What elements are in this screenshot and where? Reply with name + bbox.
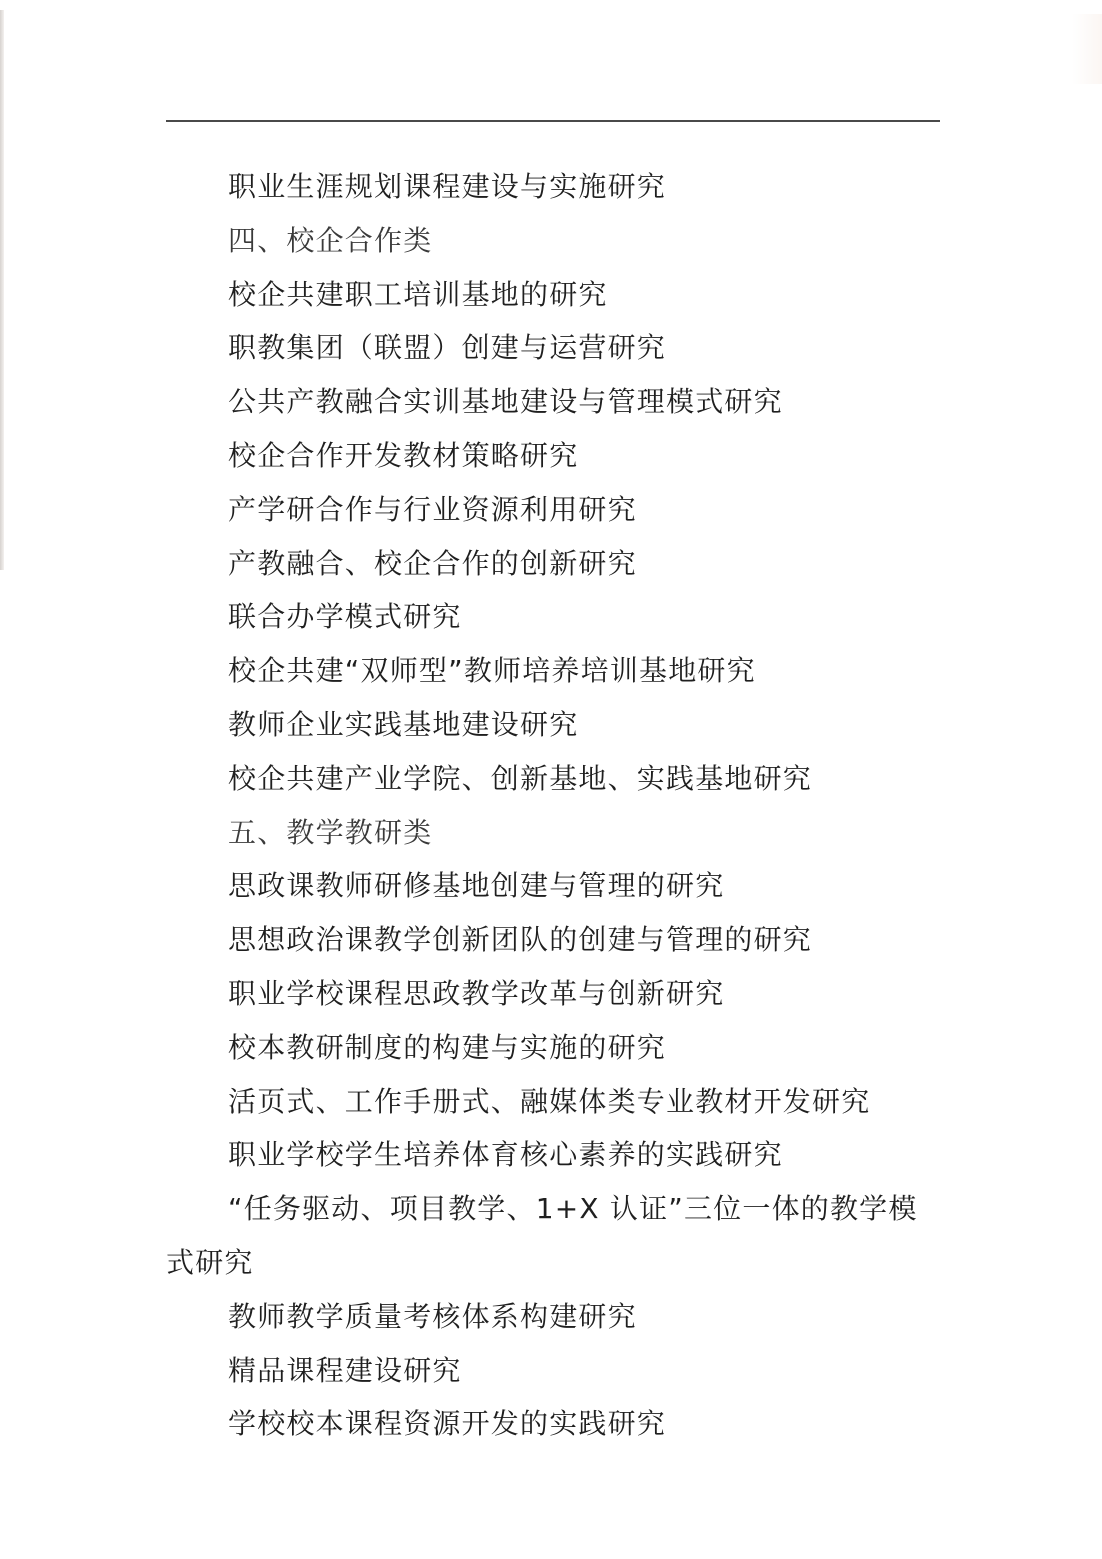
list-item: 活页式、工作手册式、融媒体类专业教材开发研究: [166, 1075, 940, 1129]
list-item: 教师教学质量考核体系构建研究: [166, 1290, 940, 1344]
list-item: 产学研合作与行业资源利用研究: [166, 483, 940, 537]
list-item: 职业学校学生培养体育核心素养的实践研究: [166, 1128, 940, 1182]
list-item: 校企共建产业学院、创新基地、实践基地研究: [166, 752, 940, 806]
list-item: 职教集团（联盟）创建与运营研究: [166, 321, 940, 375]
list-item: 职业学校课程思政教学改革与创新研究: [166, 967, 940, 1021]
list-item: 校企共建“双师型”教师培养培训基地研究: [166, 644, 940, 698]
section-heading-school-enterprise: 四、校企合作类: [166, 214, 940, 268]
list-item: 校本教研制度的构建与实施的研究: [166, 1021, 940, 1075]
list-item: 校企合作开发教材策略研究: [166, 429, 940, 483]
section-heading-teaching-research: 五、教学教研类: [166, 806, 940, 860]
list-item: 联合办学模式研究: [166, 590, 940, 644]
document-body: 职业生涯规划课程建设与实施研究 四、校企合作类 校企共建职工培训基地的研究 职教…: [166, 160, 940, 1451]
list-item: 公共产教融合实训基地建设与管理模式研究: [166, 375, 940, 429]
list-item: 思政课教师研修基地创建与管理的研究: [166, 859, 940, 913]
list-item-wrapped-start: “任务驱动、项目教学、1+X 认证”三位一体的教学模: [166, 1182, 940, 1236]
list-item: 教师企业实践基地建设研究: [166, 698, 940, 752]
scan-edge-shadow-left: [0, 10, 4, 570]
list-item-wrapped-continuation: 式研究: [166, 1236, 940, 1290]
list-item: 职业生涯规划课程建设与实施研究: [166, 160, 940, 214]
list-item: 学校校本课程资源开发的实践研究: [166, 1397, 940, 1451]
list-item: 思想政治课教学创新团队的创建与管理的研究: [166, 913, 940, 967]
list-item: 校企共建职工培训基地的研究: [166, 268, 940, 322]
list-item: 精品课程建设研究: [166, 1344, 940, 1398]
header-rule: [166, 120, 940, 122]
list-item: 产教融合、校企合作的创新研究: [166, 537, 940, 591]
scan-edge-shadow-right: [1072, 14, 1102, 84]
